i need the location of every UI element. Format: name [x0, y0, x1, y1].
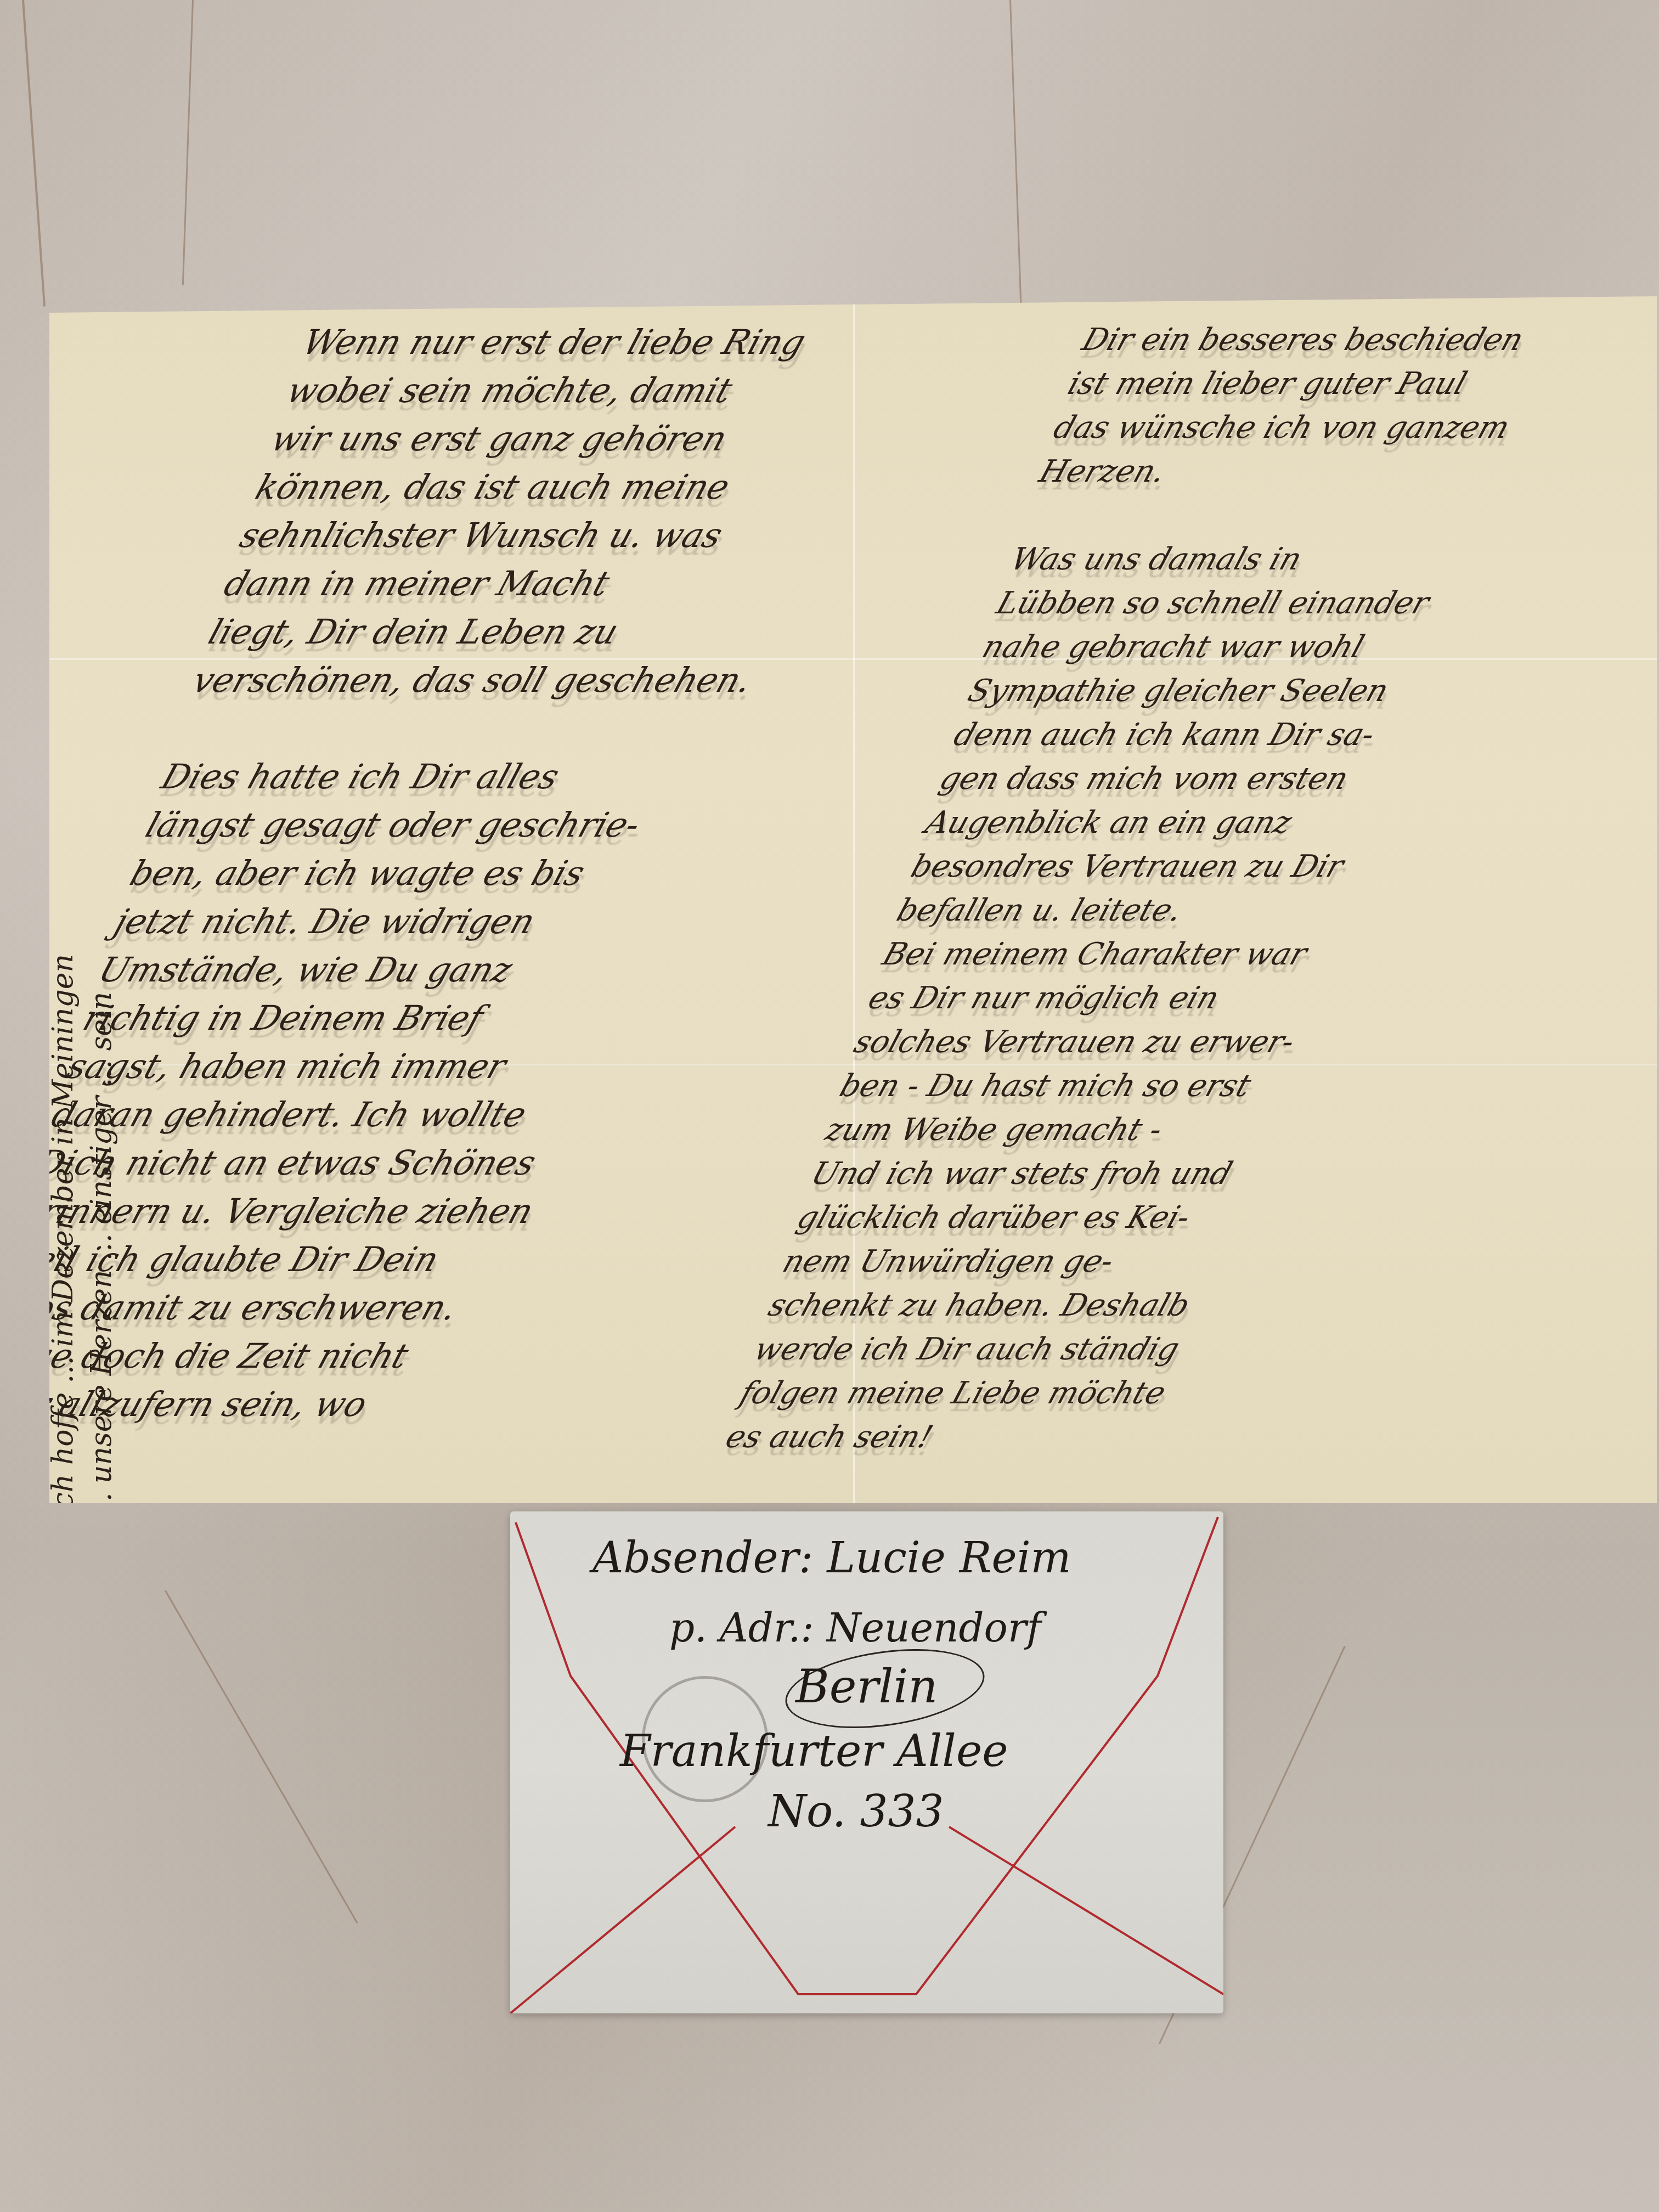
letter-line: es auch sein! [720, 1415, 1464, 1459]
letter-line: erinnern u. Vergleiche ziehen [14, 1187, 760, 1235]
letter-line: liegt, Dir dein Leben zu [202, 608, 948, 656]
letter-line: nahe gebracht war wohl [977, 625, 1659, 669]
letter-line: denn auch ich kann Dir sa- [948, 713, 1659, 757]
letter-line: besondres Vertrauen zu Dir [905, 845, 1649, 889]
letter-line: Dies hatte ich Dir alles [155, 753, 901, 801]
letter-line: Was uns damals in [1005, 538, 1659, 582]
marble-vein [165, 1590, 358, 1924]
letter-line: Dich nicht an etwas Schönes [30, 1139, 775, 1187]
letter-line: folgen meine Liebe möchte [734, 1372, 1478, 1415]
marble-vein [22, 0, 46, 307]
letter-line: längst gesagt oder geschrie- [139, 801, 885, 849]
handwritten-letter: Wenn nur erst der liebe Ring wobei sein … [49, 296, 1657, 1503]
letter-line: wir uns erst ganz gehören [265, 415, 1011, 463]
letter-line: solches Vertrauen zu erwer- [848, 1020, 1592, 1064]
letter-line: Und ich war stets froh und [805, 1152, 1549, 1196]
margin-line: Ich hoffe ... im Dezember in Meiningen [44, 313, 82, 1520]
letter-line: glücklich darüber es Kei- [791, 1196, 1535, 1240]
letter-line: schenkt zu haben. Deshalb [763, 1284, 1506, 1328]
letter-line: ben, aber ich wagte es bis [124, 849, 870, 898]
letter-line [171, 704, 916, 753]
letter-line: das wünsche ich von ganzem [1048, 406, 1659, 450]
letter-line: sagst, haben mich immer [61, 1042, 806, 1091]
care-of-address: p. Adr.: Neuendorf [669, 1605, 1041, 1651]
envelope-back: Absender: Lucie Reim p. Adr.: Neuendorf … [510, 1511, 1223, 2013]
letter-line: Wenn nur erst der liebe Ring [296, 318, 1042, 366]
marble-vein [182, 0, 194, 285]
letter-line: Bei meinem Charakter war [877, 933, 1621, 977]
letter-line: Herzen. [1034, 450, 1659, 494]
letter-line: dann in meiner Macht [218, 560, 963, 608]
letter-line: werde ich Dir auch ständig [748, 1328, 1492, 1372]
letter-line: nem Unwürdigen ge- [777, 1240, 1521, 1284]
letter-line: Umstände, wie Du ganz [93, 946, 838, 994]
letter-line: sehnlichster Wunsch u. was [234, 511, 979, 560]
house-number: No. 333 [768, 1786, 944, 1837]
city: Berlin [795, 1660, 938, 1713]
letter-line: daran gehindert. Ich wollte [46, 1091, 791, 1139]
letter-line: richtig in Deinem Brief [77, 994, 822, 1042]
letter-line: können, das ist auch meine [249, 463, 995, 511]
letter-line: es Dir nur möglich ein [862, 977, 1606, 1020]
letter-line: ist mein lieber guter Paul [1062, 362, 1659, 406]
letter-line: Dir ein besseres beschieden [1076, 318, 1659, 362]
street: Frankfurter Allee [620, 1725, 1008, 1776]
envelope-return-address: Absender: Lucie Reim p. Adr.: Neuendorf … [510, 1511, 1223, 2013]
letter-line: Lübben so schnell einander [991, 582, 1659, 625]
sender-name: Absender: Lucie Reim [592, 1533, 1071, 1583]
margin-line: ... unsere Herzen ... einstiger ... sein [82, 313, 121, 1520]
letter-line: wobei sein möchte, damit [281, 366, 1026, 415]
letter-margin-note: Ich hoffe ... im Dezember in Meiningen .… [44, 313, 121, 1520]
letter-line: gen dass mich vom ersten [934, 757, 1659, 801]
marble-vein [1009, 0, 1022, 307]
letter-line: befallen u. leitete. [891, 889, 1635, 933]
letter-line: Augenblick an ein ganz [919, 801, 1659, 845]
letter-line: verschönen, das soll geschehen. [187, 656, 932, 704]
letter-line: ben - Du hast mich so erst [834, 1064, 1578, 1108]
letter-line: Sympathie gleicher Seelen [962, 669, 1659, 713]
letter-line: zum Weibe gemacht - [820, 1108, 1564, 1152]
letter-line: jetzt nicht. Die widrigen [108, 898, 854, 946]
letter-line [1019, 494, 1659, 538]
